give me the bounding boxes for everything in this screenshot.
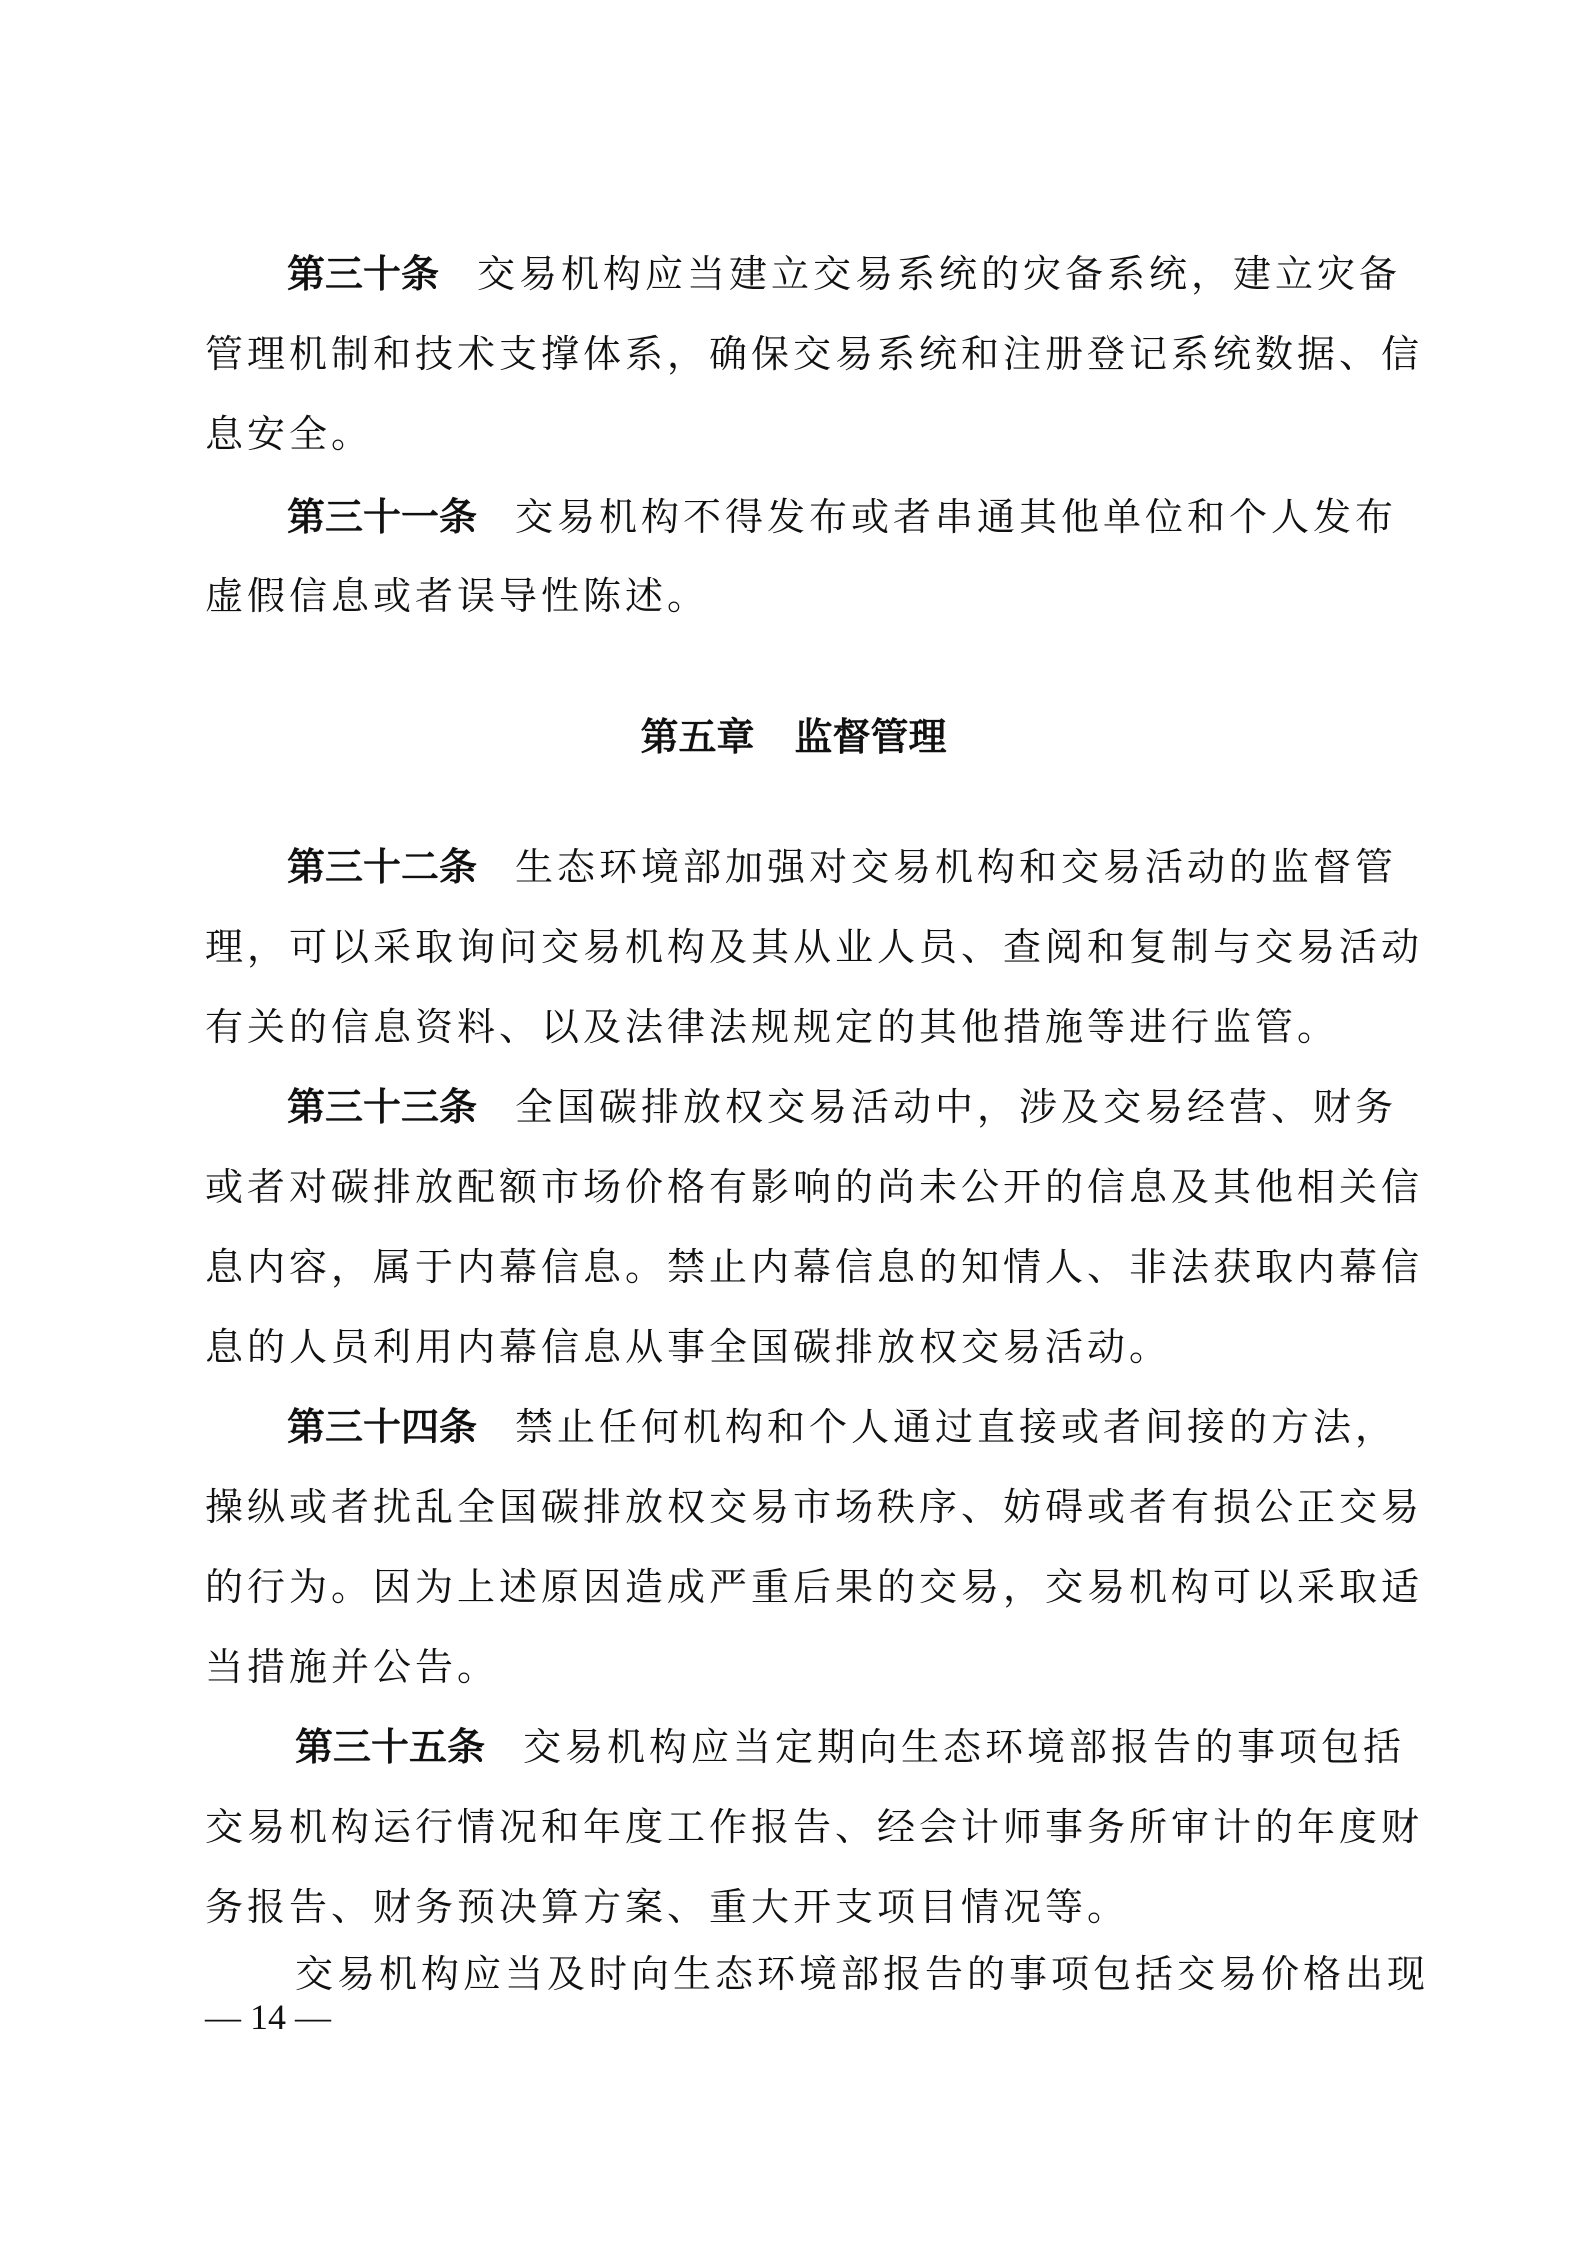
article-first-line: 第三十条交易机构应当建立交易系统的灾备系统，建立灾备 <box>287 250 1381 298</box>
article-line: 息内容，属于内幕信息。禁止内幕信息的知情人、非法获取内幕信 <box>205 1243 1381 1291</box>
article-line: 有关的信息资料、以及法律法规规定的其他措施等进行监管。 <box>205 1003 1339 1051</box>
article-first-line: 第三十三条全国碳排放权交易活动中，涉及交易经营、财务 <box>287 1083 1381 1131</box>
article-label: 第三十三条 <box>287 1085 477 1129</box>
article-line: 息安全。 <box>205 410 373 458</box>
article-label: 第三十二条 <box>287 845 477 889</box>
article-line: 管理机制和技术支撑体系，确保交易系统和注册登记系统数据、信 <box>205 330 1381 378</box>
chapter-number: 第五章 <box>640 715 754 759</box>
article-text: 交易机构应当定期向生态环境部报告的事项包括 <box>523 1725 1405 1769</box>
article-text: 交易机构不得发布或者串通其他单位和个人发布 <box>515 495 1397 539</box>
article-line: 虚假信息或者误导性陈述。 <box>205 572 709 620</box>
chapter-title: 监督管理 <box>795 715 947 759</box>
chapter-heading: 第五章监督管理 <box>0 712 1587 762</box>
article-first-line: 第三十四条禁止任何机构和个人通过直接或者间接的方法， <box>287 1403 1381 1451</box>
article-line: 理，可以采取询问交易机构及其从业人员、查阅和复制与交易活动 <box>205 923 1381 971</box>
article-label: 第三十四条 <box>287 1405 477 1449</box>
paragraph-line: 交易机构应当及时向生态环境部报告的事项包括交易价格出现 <box>295 1950 1381 1998</box>
article-line: 操纵或者扰乱全国碳排放权交易市场秩序、妨碍或者有损公正交易 <box>205 1483 1381 1531</box>
article-line: 当措施并公告。 <box>205 1643 499 1691</box>
article-label: 第三十条 <box>287 252 439 296</box>
article-first-line: 第三十五条交易机构应当定期向生态环境部报告的事项包括 <box>295 1723 1381 1771</box>
article-text: 禁止任何机构和个人通过直接或者间接的方法， <box>515 1405 1397 1449</box>
article-text: 交易机构应当建立交易系统的灾备系统，建立灾备 <box>477 252 1401 296</box>
article-label: 第三十一条 <box>287 495 477 539</box>
article-text: 全国碳排放权交易活动中，涉及交易经营、财务 <box>515 1085 1397 1129</box>
document-page: 第三十条交易机构应当建立交易系统的灾备系统，建立灾备 管理机制和技术支撑体系，确… <box>0 0 1587 2245</box>
article-text: 生态环境部加强对交易机构和交易活动的监督管 <box>515 845 1397 889</box>
article-line: 的行为。因为上述原因造成严重后果的交易，交易机构可以采取适 <box>205 1563 1381 1611</box>
article-line: 务报告、财务预决算方案、重大开支项目情况等。 <box>205 1883 1129 1931</box>
article-line: 息的人员利用内幕信息从事全国碳排放权交易活动。 <box>205 1323 1171 1371</box>
page-number: — 14 — <box>205 1994 331 2040</box>
article-line: 或者对碳排放配额市场价格有影响的尚未公开的信息及其他相关信 <box>205 1163 1381 1211</box>
article-first-line: 第三十一条交易机构不得发布或者串通其他单位和个人发布 <box>287 493 1381 541</box>
article-first-line: 第三十二条生态环境部加强对交易机构和交易活动的监督管 <box>287 843 1381 891</box>
article-label: 第三十五条 <box>295 1725 485 1769</box>
article-line: 交易机构运行情况和年度工作报告、经会计师事务所审计的年度财 <box>205 1803 1381 1851</box>
